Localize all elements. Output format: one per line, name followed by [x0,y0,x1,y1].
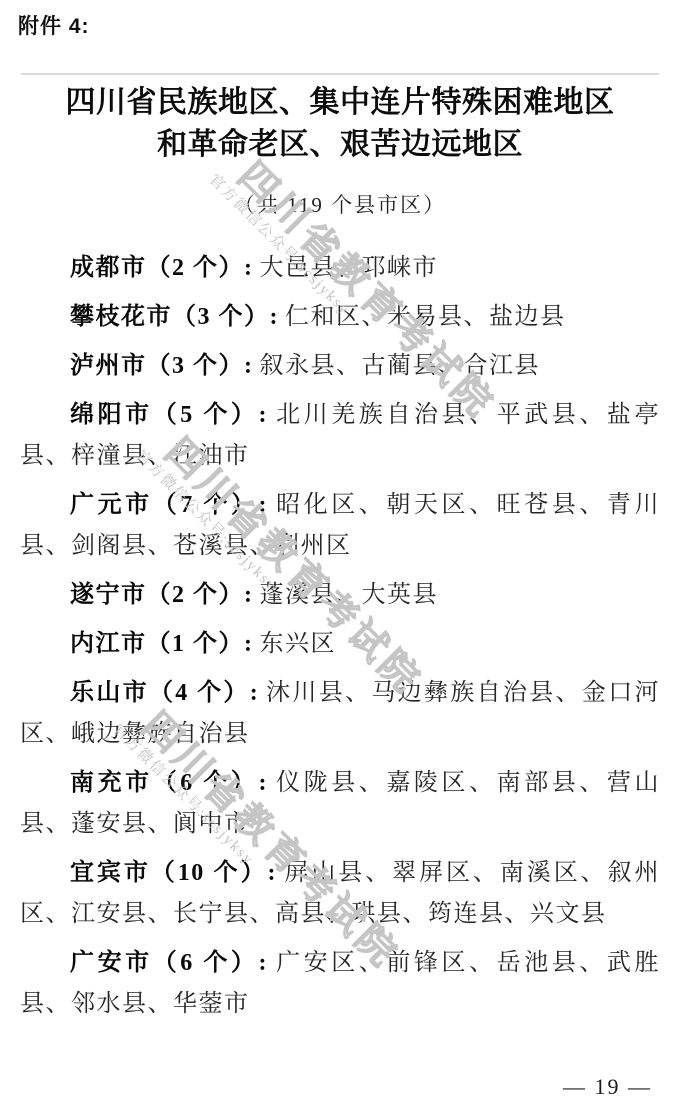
county-list: 仁和区、米易县、盐边县 [285,304,566,330]
region-entry: 绵阳市（5 个）:北川羌族自治县、平武县、盐亭县、梓潼县、江油市 [20,395,660,477]
attachment-label: 附件 4: [18,10,90,40]
city-label: 成都市（2 个）: [70,255,254,281]
header-divider [21,73,659,75]
city-label: 广元市（7 个）: [70,492,268,518]
region-entry: 宜宾市（10 个）:屏山县、翠屏区、南溪区、叙州区、江安县、长宁县、高县、珙县、… [20,853,660,935]
region-entry: 成都市（2 个）:大邑县、邛崃市 [20,248,660,289]
region-entry: 广安市（6 个）:广安区、前锋区、岳池县、武胜县、邻水县、华蓥市 [20,943,660,1025]
region-list: 成都市（2 个）:大邑县、邛崃市 攀枝花市（3 个）:仁和区、米易县、盐边县 泸… [0,248,680,1033]
region-entry: 广元市（7 个）:昭化区、朝天区、旺苍县、青川县、剑阁县、苍溪县、利州区 [20,485,660,567]
page-number: — 19 — [563,1074,652,1100]
region-entry: 遂宁市（2 个）:蓬溪县、大英县 [20,575,660,616]
region-entry: 泸州市（3 个）:叙永县、古蔺县、合江县 [20,346,660,387]
region-entry: 南充市（6 个）:仪陇县、嘉陵区、南部县、营山县、蓬安县、阆中市 [20,763,660,845]
document-title-line1: 四川省民族地区、集中连片特殊困难地区 [0,82,680,124]
city-label: 攀枝花市（3 个）: [70,304,279,330]
region-entry: 内江市（1 个）:东兴区 [20,624,660,665]
county-list: 东兴区 [260,631,337,657]
document-title-line2: 和革命老区、艰苦边远地区 [0,124,680,166]
city-label: 乐山市（4 个）: [70,680,259,706]
city-label: 泸州市（3 个）: [70,353,254,379]
document-page: 附件 4: 四川省民族地区、集中连片特殊困难地区 和革命老区、艰苦边远地区 （共… [0,0,680,1105]
city-label: 绵阳市（5 个）: [70,402,268,428]
city-label: 南充市（6 个）: [70,770,268,796]
county-list: 大邑县、邛崃市 [260,255,439,281]
document-subtitle: （共 119 个县市区） [0,189,680,219]
city-label: 遂宁市（2 个）: [70,582,254,608]
county-list: 叙永县、古蔺县、合江县 [260,353,541,379]
region-entry: 攀枝花市（3 个）:仁和区、米易县、盐边县 [20,297,660,338]
city-label: 广安市（6 个）: [70,950,268,976]
region-entry: 乐山市（4 个）:沐川县、马边彝族自治县、金口河区、峨边彝族自治县 [20,673,660,755]
document-title: 四川省民族地区、集中连片特殊困难地区 和革命老区、艰苦边远地区 [0,82,680,166]
county-list: 蓬溪县、大英县 [260,582,439,608]
city-label: 宜宾市（10 个）: [70,860,277,886]
city-label: 内江市（1 个）: [70,631,254,657]
